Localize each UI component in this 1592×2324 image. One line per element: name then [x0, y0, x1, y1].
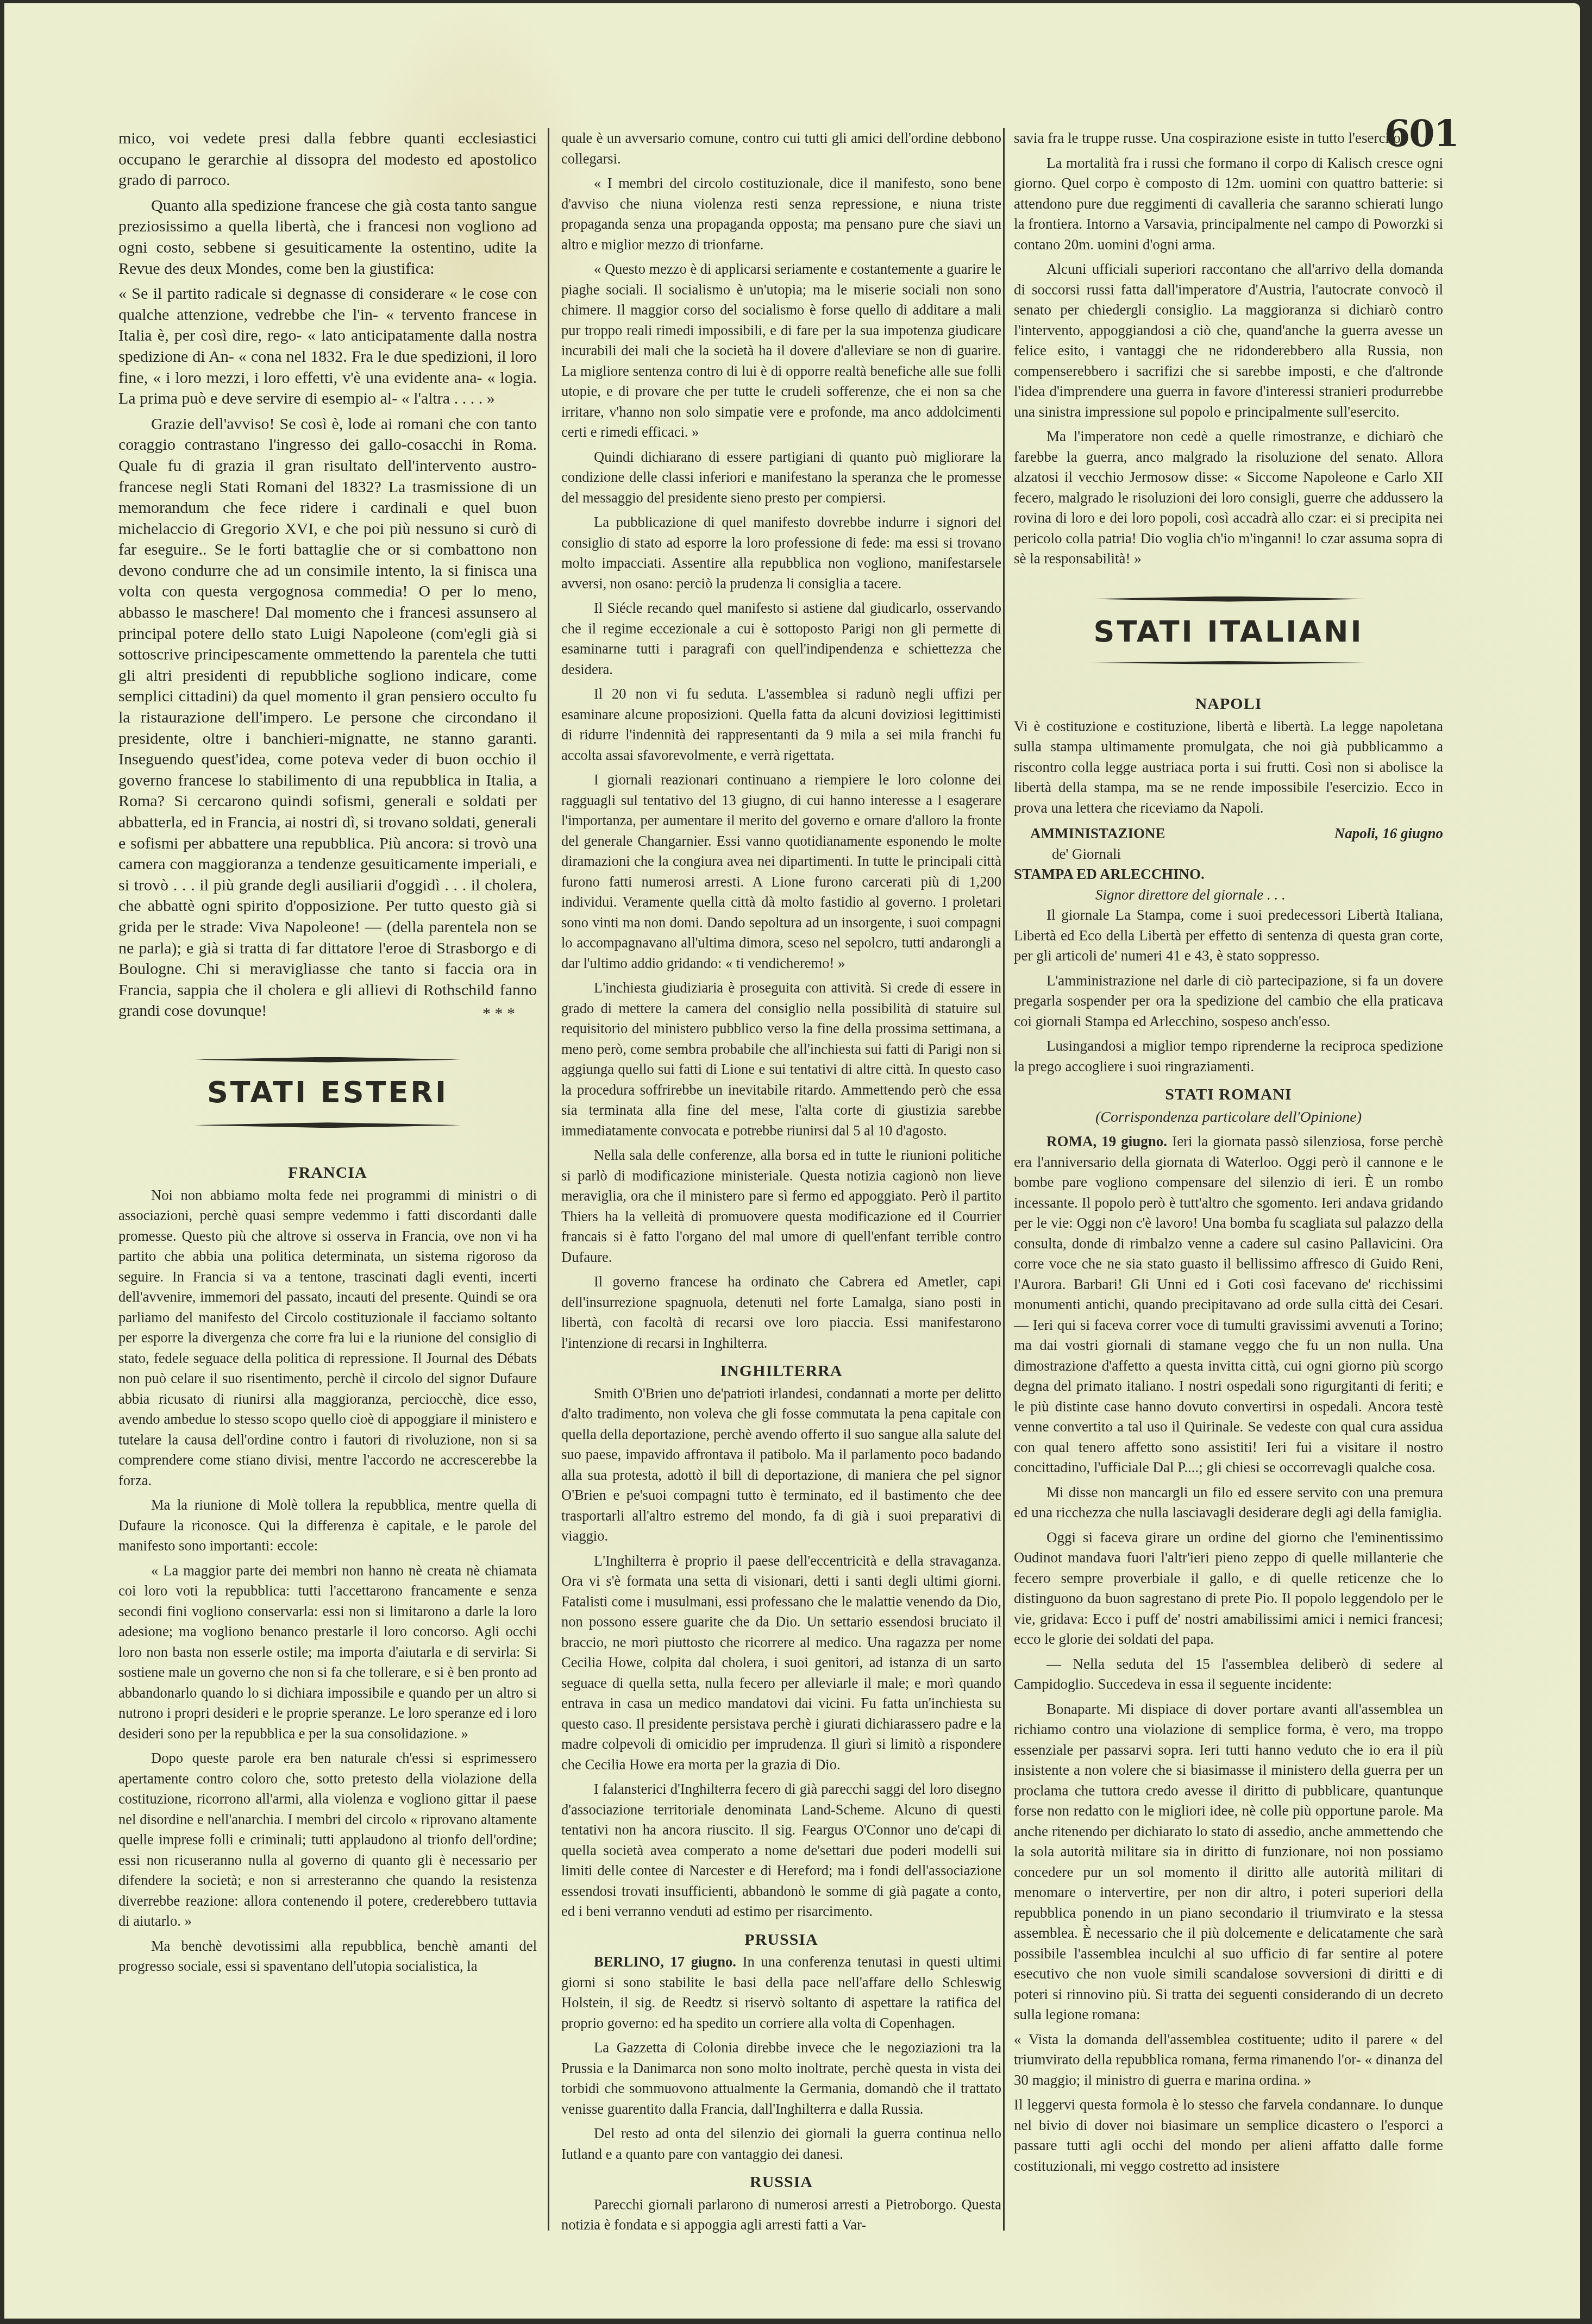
article-paragraph: Il Siécle recando quel manifesto si asti…	[561, 598, 1001, 680]
article-paragraph: Del resto ad onta del silenzio dei giorn…	[561, 2124, 1001, 2164]
column-divider-right	[1003, 128, 1005, 2231]
quote-paragraph: « I membri del circolo costituzionale, d…	[561, 173, 1001, 255]
ornamental-rule-bottom	[192, 1122, 464, 1128]
subheading-stati-romani: STATI ROMANI	[1014, 1084, 1443, 1105]
letter-header: AMMINISTAZIONE de' Giornali STAMPA ED AR…	[1014, 824, 1443, 885]
section-heading-stati-italiani: STATI ITALIANI	[1014, 621, 1443, 642]
article-paragraph: Alcuni ufficiali superiori raccontano ch…	[1014, 259, 1443, 422]
article-paragraph: Lusingandosi a miglior tempo riprenderne…	[1014, 1036, 1443, 1077]
subheading-francia: FRANCIA	[118, 1163, 537, 1183]
subheading-russia: RUSSIA	[561, 2172, 1001, 2193]
article-paragraph: Grazie dell'avviso! Se così è, lode ai r…	[118, 414, 537, 1022]
article-paragraph: La mortalità fra i russi che formano il …	[1014, 153, 1443, 255]
article-paragraph: Il governo francese ha ordinato che Cabr…	[561, 1272, 1001, 1353]
article-paragraph: Parecchi giornali parlarono di numerosi …	[561, 2195, 1001, 2235]
article-paragraph: Quindi dichiarano di essere partigiani d…	[561, 447, 1001, 508]
article-paragraph: I falansterici d'Inghilterra fecero di g…	[561, 1779, 1001, 1922]
article-paragraph: La Gazzetta di Colonia direbbe invece ch…	[561, 2038, 1001, 2119]
newspaper-page: 601 mico, voi vedete presi dalla febbre …	[4, 3, 1580, 2319]
article-paragraph: quale è un avversario comune, contro cui…	[561, 128, 1001, 169]
article-paragraph: Bonaparte. Mi dispiace di dover portare …	[1014, 1699, 1443, 2025]
article-paragraph: Ma benchè devotissimi alla repubblica, b…	[118, 1936, 537, 1977]
quote-paragraph: « Vista la domanda dell'assemblea costit…	[1014, 2030, 1443, 2091]
article-paragraph: mico, voi vedete presi dalla febbre quan…	[118, 128, 537, 191]
article-paragraph: L'inchiesta giudiziaria è proseguita con…	[561, 978, 1001, 1141]
subheading-prussia: PRUSSIA	[561, 1930, 1001, 1950]
paragraph-text: Ieri la giornata passò silenziosa, forse…	[1014, 1133, 1443, 1475]
sender-line: AMMINISTAZIONE	[1014, 824, 1205, 844]
subheading-napoli: NAPOLI	[1014, 694, 1443, 714]
article-paragraph: Noi non abbiamo molta fede nei programmi…	[118, 1185, 537, 1491]
ornamental-rule-top	[192, 1057, 464, 1063]
article-paragraph: savia fra le truppe russe. Una cospirazi…	[1014, 128, 1443, 149]
sender-line: STAMPA ED ARLECCHINO.	[1014, 864, 1205, 885]
article-paragraph: Nella sala delle conferenze, alla borsa …	[561, 1145, 1001, 1267]
dateline: ROMA, 19 giugno.	[1046, 1133, 1167, 1150]
article-paragraph: Smith O'Brien uno de'patrioti irlandesi,…	[561, 1384, 1001, 1547]
article-paragraph: Oggi si faceva girare un ordine del gior…	[1014, 1528, 1443, 1650]
article-paragraph: Mi disse non mancargli un filo ed essere…	[1014, 1483, 1443, 1523]
column-divider-left	[548, 128, 549, 2231]
correspondence-note: (Corrispondenza particolare dell'Opinion…	[1014, 1107, 1443, 1128]
letter-date: Napoli, 16 giugno	[1334, 824, 1443, 885]
article-paragraph: Ma la riunione di Molè tollera la repubb…	[118, 1495, 537, 1556]
section-heading-stati-esteri: STATI ESTERI	[118, 1082, 537, 1103]
article-paragraph: ROMA, 19 giugno. Ieri la giornata passò …	[1014, 1132, 1443, 1478]
ornamental-rule-top	[1089, 596, 1368, 602]
article-paragraph: Ma l'imperatore non cedè a quelle rimost…	[1014, 426, 1443, 569]
letter-sender: AMMINISTAZIONE de' Giornali STAMPA ED AR…	[1014, 824, 1205, 885]
quote-paragraph: « Se il partito radicale si degnasse di …	[118, 284, 537, 410]
article-paragraph: Vi è costituzione e costituzione, libert…	[1014, 717, 1443, 819]
article-paragraph: BERLINO, 17 giugno. In una conferenza te…	[561, 1952, 1001, 2033]
subheading-inghilterra: INGHILTERRA	[561, 1361, 1001, 1381]
article-paragraph: Dopo queste parole era ben naturale ch'e…	[118, 1748, 537, 1932]
quote-paragraph: « La maggior parte dei membri non hanno …	[118, 1561, 537, 1744]
article-paragraph: L'Inghilterra è proprio il paese dell'ec…	[561, 1551, 1001, 1775]
right-column: savia fra le truppe russe. Una cospirazi…	[1014, 128, 1443, 2176]
article-paragraph: Il leggervi questa formola è lo stesso c…	[1014, 2095, 1443, 2176]
sender-line: de' Giornali	[1014, 844, 1205, 865]
dateline: BERLINO, 17 giugno.	[594, 1954, 736, 1970]
correspondence-note-text: (Corrispondenza particolare dell'Opinion…	[1095, 1109, 1362, 1126]
middle-column: quale è un avversario comune, contro cui…	[561, 128, 1001, 2235]
article-paragraph: L'amministrazione nel darle di ciò parte…	[1014, 971, 1443, 1032]
article-paragraph: Il 20 non vi fu seduta. L'assemblea si r…	[561, 684, 1001, 765]
article-paragraph: La pubblicazione di quel manifesto dovre…	[561, 512, 1001, 594]
letter-salutation: Signor direttore del giornale . . .	[1014, 885, 1443, 906]
article-paragraph: Il giornale La Stampa, come i suoi prede…	[1014, 905, 1443, 966]
article-paragraph: Quanto alla spedizione francese che già …	[118, 196, 537, 279]
article-paragraph: — Nella seduta del 15 l'assemblea delibe…	[1014, 1654, 1443, 1695]
left-column: mico, voi vedete presi dalla febbre quan…	[118, 128, 537, 1977]
quote-paragraph: « Questo mezzo è di applicarsi seriament…	[561, 259, 1001, 443]
article-paragraph: I giornali reazionari continuano a riemp…	[561, 770, 1001, 973]
